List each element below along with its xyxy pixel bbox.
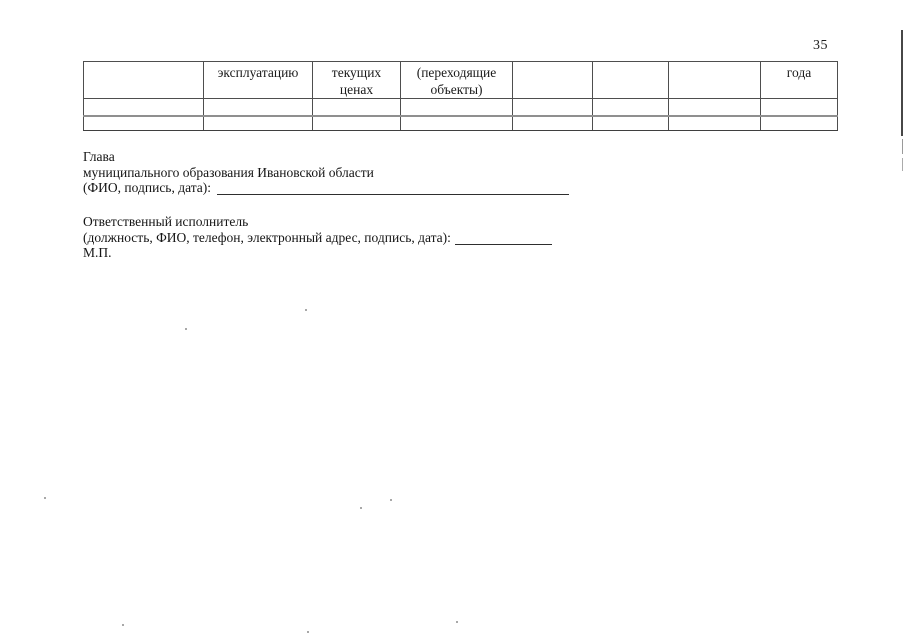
scan-edge-artifact: [901, 30, 903, 136]
head-subtitle: муниципального образования Ивановской об…: [83, 165, 569, 181]
header-text: объекты): [401, 81, 512, 98]
scan-speck: [185, 328, 187, 330]
header-text: года: [761, 64, 837, 81]
executor-title: Ответственный исполнитель: [83, 214, 552, 230]
head-title: Глава: [83, 149, 569, 165]
stamp-mark: М.П.: [83, 245, 552, 261]
scan-speck: [305, 309, 307, 311]
header-cell-year: года: [761, 62, 838, 99]
table-row: [84, 116, 838, 131]
header-cell-current-prices: текущих ценах: [313, 62, 401, 99]
executor-sign-label: (должность, ФИО, телефон, электронный ад…: [83, 230, 451, 245]
page-number: 35: [813, 38, 828, 54]
scan-speck: [360, 507, 362, 509]
header-text: эксплуатацию: [204, 64, 312, 81]
header-cell-empty: [84, 62, 204, 99]
executor-signature-line: [455, 231, 552, 245]
header-cell-empty: [669, 62, 761, 99]
table-header-row: эксплуатацию текущих ценах (переходящие …: [84, 62, 838, 99]
head-signature-line: [217, 181, 569, 195]
signature-block-executor: Ответственный исполнитель (должность, ФИ…: [83, 214, 552, 261]
header-cell-empty: [593, 62, 669, 99]
document-page: 35 эксплуатацию текущих ценах (переходящ…: [0, 0, 905, 640]
scan-speck: [456, 621, 458, 623]
scan-edge-artifact: [902, 139, 903, 154]
scan-speck: [307, 631, 309, 633]
scan-speck: [390, 499, 392, 501]
header-text: ценах: [313, 81, 400, 98]
scan-speck: [122, 624, 124, 626]
scan-edge-artifact: [902, 158, 903, 171]
scan-speck: [44, 497, 46, 499]
header-text: текущих: [313, 64, 400, 81]
signature-block-head: Глава муниципального образования Ивановс…: [83, 149, 569, 196]
head-sign-label: (ФИО, подпись, дата):: [83, 180, 211, 195]
executor-sign-row: (должность, ФИО, телефон, электронный ад…: [83, 230, 552, 246]
table-row: [84, 99, 838, 116]
header-text: (переходящие: [401, 64, 512, 81]
header-cell-carryover-objects: (переходящие объекты): [401, 62, 513, 99]
header-cell-exploitation: эксплуатацию: [204, 62, 313, 99]
continuation-table: эксплуатацию текущих ценах (переходящие …: [83, 61, 838, 131]
header-cell-empty: [513, 62, 593, 99]
head-sign-row: (ФИО, подпись, дата):: [83, 180, 569, 196]
